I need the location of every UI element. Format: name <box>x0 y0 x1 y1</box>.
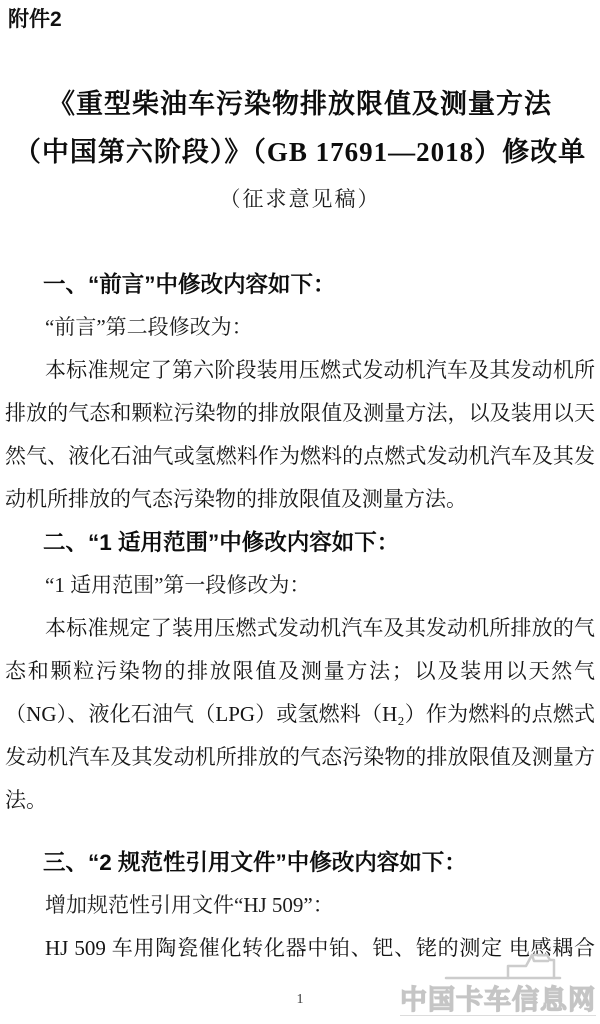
section-2-heading: 二、“1 适用范围”中修改内容如下： <box>5 521 595 564</box>
attachment-label: 附件2 <box>8 6 595 34</box>
section-1-paragraph: 本标准规定了第六阶段装用压燃式发动机汽车及其发动机所排放的气态和颗粒污染物的排放… <box>5 349 595 521</box>
document-body: 一、“前言”中修改内容如下： “前言”第二段修改为： 本标准规定了第六阶段装用压… <box>5 263 595 970</box>
section-1-lead: “前言”第二段修改为： <box>5 306 595 349</box>
section-1-heading: 一、“前言”中修改内容如下： <box>5 263 595 306</box>
section-3-heading: 三、“2 规范性引用文件”中修改内容如下： <box>5 841 595 884</box>
section-2: 二、“1 适用范围”中修改内容如下： “1 适用范围”第一段修改为： 本标准规定… <box>5 521 595 822</box>
document-title-line-1: 《重型柴油车污染物排放限值及测量方法 <box>5 80 595 128</box>
document-subtitle: （征求意见稿） <box>5 184 595 214</box>
section-3-lead: 增加规范性引用文件“HJ 509”： <box>5 884 595 927</box>
page-number: 1 <box>0 992 600 1008</box>
document-title: 《重型柴油车污染物排放限值及测量方法 （中国第六阶段）》（GB 17691—20… <box>5 80 595 176</box>
section-3-paragraph: HJ 509 车用陶瓷催化转化器中铂、钯、铑的测定 电感耦合 <box>5 927 595 970</box>
section-3: 三、“2 规范性引用文件”中修改内容如下： 增加规范性引用文件“HJ 509”：… <box>5 841 595 970</box>
section-2-paragraph: 本标准规定了装用压燃式发动机汽车及其发动机所排放的气态和颗粒污染物的排放限值及测… <box>5 607 595 822</box>
document-page: 附件2 《重型柴油车污染物排放限值及测量方法 （中国第六阶段）》（GB 1769… <box>0 0 600 1024</box>
section-1: 一、“前言”中修改内容如下： “前言”第二段修改为： 本标准规定了第六阶段装用压… <box>5 263 595 521</box>
document-title-line-2: （中国第六阶段）》（GB 17691—2018）修改单 <box>5 128 595 176</box>
section-2-lead: “1 适用范围”第一段修改为： <box>5 564 595 607</box>
